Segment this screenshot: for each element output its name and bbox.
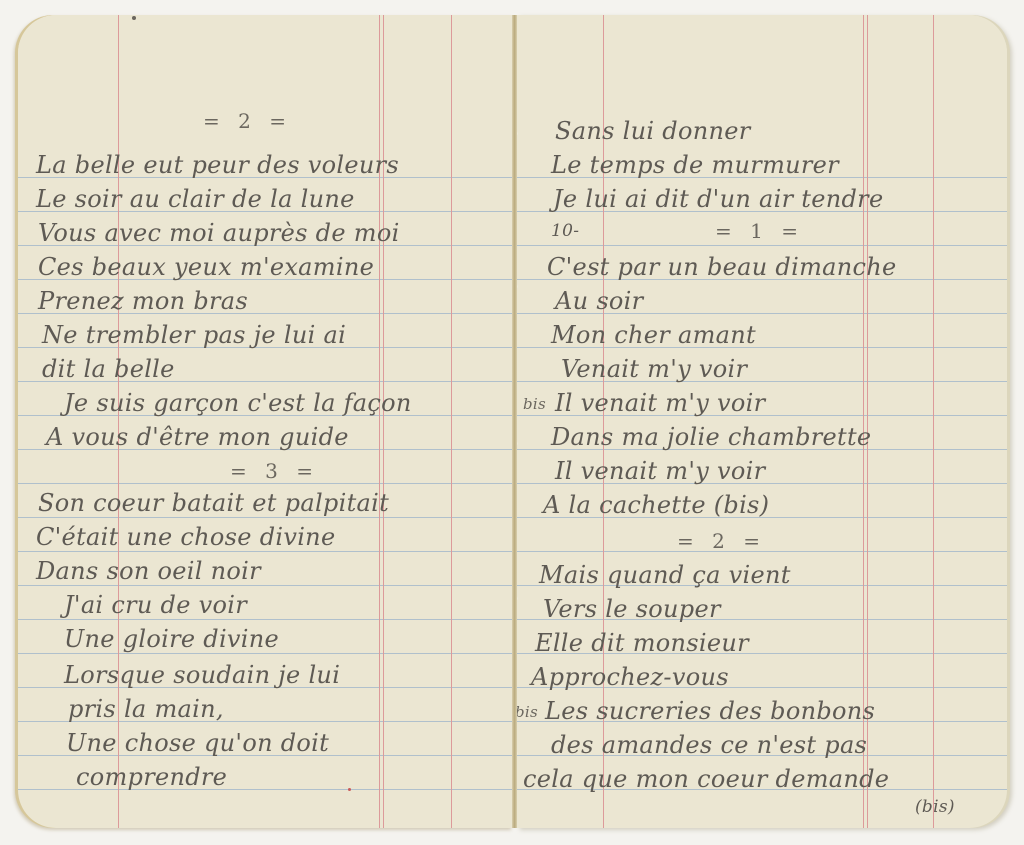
text-line: Son coeur batait et palpitait — [38, 491, 389, 515]
spine — [512, 15, 517, 828]
text-line: comprendre — [76, 765, 227, 789]
text-line: Mais quand ça vient — [539, 563, 791, 587]
text-line: des amandes ce n'est pas — [551, 733, 867, 757]
text-line: Mon cher amant — [551, 323, 756, 347]
page-number: 10- — [551, 223, 579, 240]
right-page: Sans lui donner Le temps de murmurer Je … — [515, 15, 1007, 828]
stanza-number: = 2 = — [677, 531, 766, 551]
column-line — [451, 15, 452, 828]
text-line: Prenez mon bras — [38, 289, 248, 313]
text-line: Venait m'y voir — [561, 357, 747, 381]
text-line: Ces beaux yeux m'examine — [38, 255, 374, 279]
column-line — [383, 15, 384, 828]
text-line: A vous d'être mon guide — [46, 425, 349, 449]
column-line — [379, 15, 380, 828]
text-line: Dans ma jolie chambrette — [551, 425, 871, 449]
column-line — [933, 15, 934, 828]
text-line: Approchez-vous — [531, 665, 729, 689]
text-line: Vous avec moi auprès de moi — [38, 221, 400, 245]
text-line: Au soir — [555, 289, 643, 313]
text-line: Lorsque soudain je lui — [64, 663, 340, 687]
text-line: Les sucreries des bonbons — [545, 699, 875, 723]
text-line: C'est par un beau dimanche — [547, 255, 897, 279]
text-line: Une gloire divine — [64, 627, 279, 651]
text-line: Ne trembler pas je lui ai — [42, 323, 346, 347]
text-line: Vers le souper — [543, 597, 721, 621]
text-line: Une chose qu'on doit — [66, 731, 329, 755]
stanza-number: = 3 = — [230, 461, 319, 481]
repeat-note: (bis) — [915, 799, 955, 816]
margin-note-bis: bis — [515, 705, 538, 720]
text-line: A la cachette (bis) — [543, 493, 769, 517]
text-line: C'était une chose divine — [36, 525, 335, 549]
text-line: La belle eut peur des voleurs — [36, 153, 399, 177]
text-line: Elle dit monsieur — [535, 631, 749, 655]
margin-note-bis: bis — [523, 397, 546, 412]
text-line: pris la main, — [68, 697, 224, 721]
text-line: Le temps de murmurer — [551, 153, 839, 177]
text-line: Sans lui donner — [555, 119, 751, 143]
text-line: cela que mon coeur demande — [523, 767, 889, 791]
text-line: Dans son oeil noir — [36, 559, 261, 583]
left-page: = 2 = La belle eut peur des voleurs Le s… — [18, 15, 515, 828]
notebook-spread: = 2 = La belle eut peur des voleurs Le s… — [0, 0, 1024, 845]
text-line: Il venait m'y voir — [555, 391, 765, 415]
stanza-number: = 1 = — [715, 221, 804, 241]
stanza-number: = 2 = — [203, 111, 292, 131]
text-line: Le soir au clair de la lune — [36, 187, 355, 211]
ink-dot — [132, 16, 136, 20]
text-line: dit la belle — [42, 357, 175, 381]
ink-mark — [348, 788, 351, 791]
text-line: Il venait m'y voir — [555, 459, 765, 483]
text-line: J'ai cru de voir — [64, 593, 247, 617]
text-line: Je lui ai dit d'un air tendre — [553, 187, 883, 211]
text-line: Je suis garçon c'est la façon — [64, 391, 412, 415]
